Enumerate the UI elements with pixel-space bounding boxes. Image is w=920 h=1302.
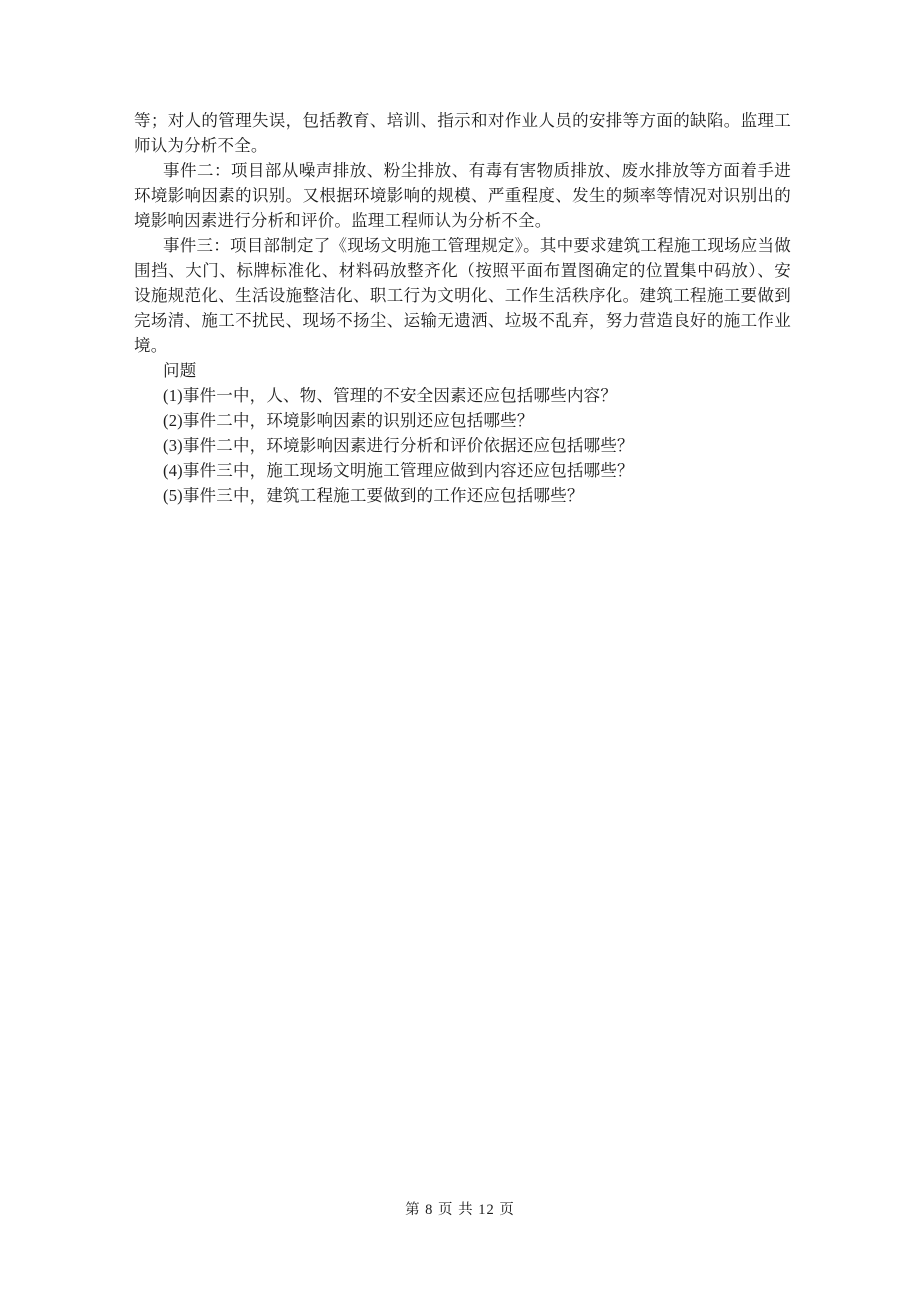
text-line: 师认为分析不全。 [134,133,791,158]
text-line: 等；对人的管理失误，包括教育、培训、指示和对作业人员的安排等方面的缺陷。监理工程 [134,108,791,133]
text-line: 完场清、施工不扰民、现场不扬尘、运输无遗洒、垃圾不乱弃，努力营造良好的施工作业环 [134,308,791,333]
text-line: 设施规范化、生活设施整洁化、职工行为文明化、工作生活秩序化。建筑工程施工要做到工 [134,283,791,308]
text-line: (2)事件二中，环境影响因素的识别还应包括哪些？ [134,408,791,433]
text-line: 境。 [134,333,791,358]
document-page: 等；对人的管理失误，包括教育、培训、指示和对作业人员的安排等方面的缺陷。监理工程… [0,0,920,1302]
text-line: 环境影响因素的识别。又根据环境影响的规模、严重程度、发生的频率等情况对识别出的环 [134,183,791,208]
text-line: (4)事件三中，施工现场文明施工管理应做到内容还应包括哪些？ [134,458,791,483]
text-line: 围挡、大门、标牌标准化、材料码放整齐化（按照平面布置图确定的位置集中码放）、安全 [134,258,791,283]
page-body: 等；对人的管理失误，包括教育、培训、指示和对作业人员的安排等方面的缺陷。监理工程… [134,108,791,508]
text-line: (5)事件三中，建筑工程施工要做到的工作还应包括哪些？ [134,483,791,508]
text-line: 事件二：项目部从噪声排放、粉尘排放、有毒有害物质排放、废水排放等方面着手进行 [134,158,791,183]
text-line: (1)事件一中，人、物、管理的不安全因素还应包括哪些内容？ [134,383,791,408]
page-footer: 第 8 页 共 12 页 [0,1198,920,1223]
text-line: (3)事件二中，环境影响因素进行分析和评价依据还应包括哪些？ [134,433,791,458]
text-line: 问题 [134,358,791,383]
text-line: 境影响因素进行分析和评价。监理工程师认为分析不全。 [134,208,791,233]
text-line: 事件三：项目部制定了《现场文明施工管理规定》。其中要求建筑工程施工现场应当做到 [134,233,791,258]
